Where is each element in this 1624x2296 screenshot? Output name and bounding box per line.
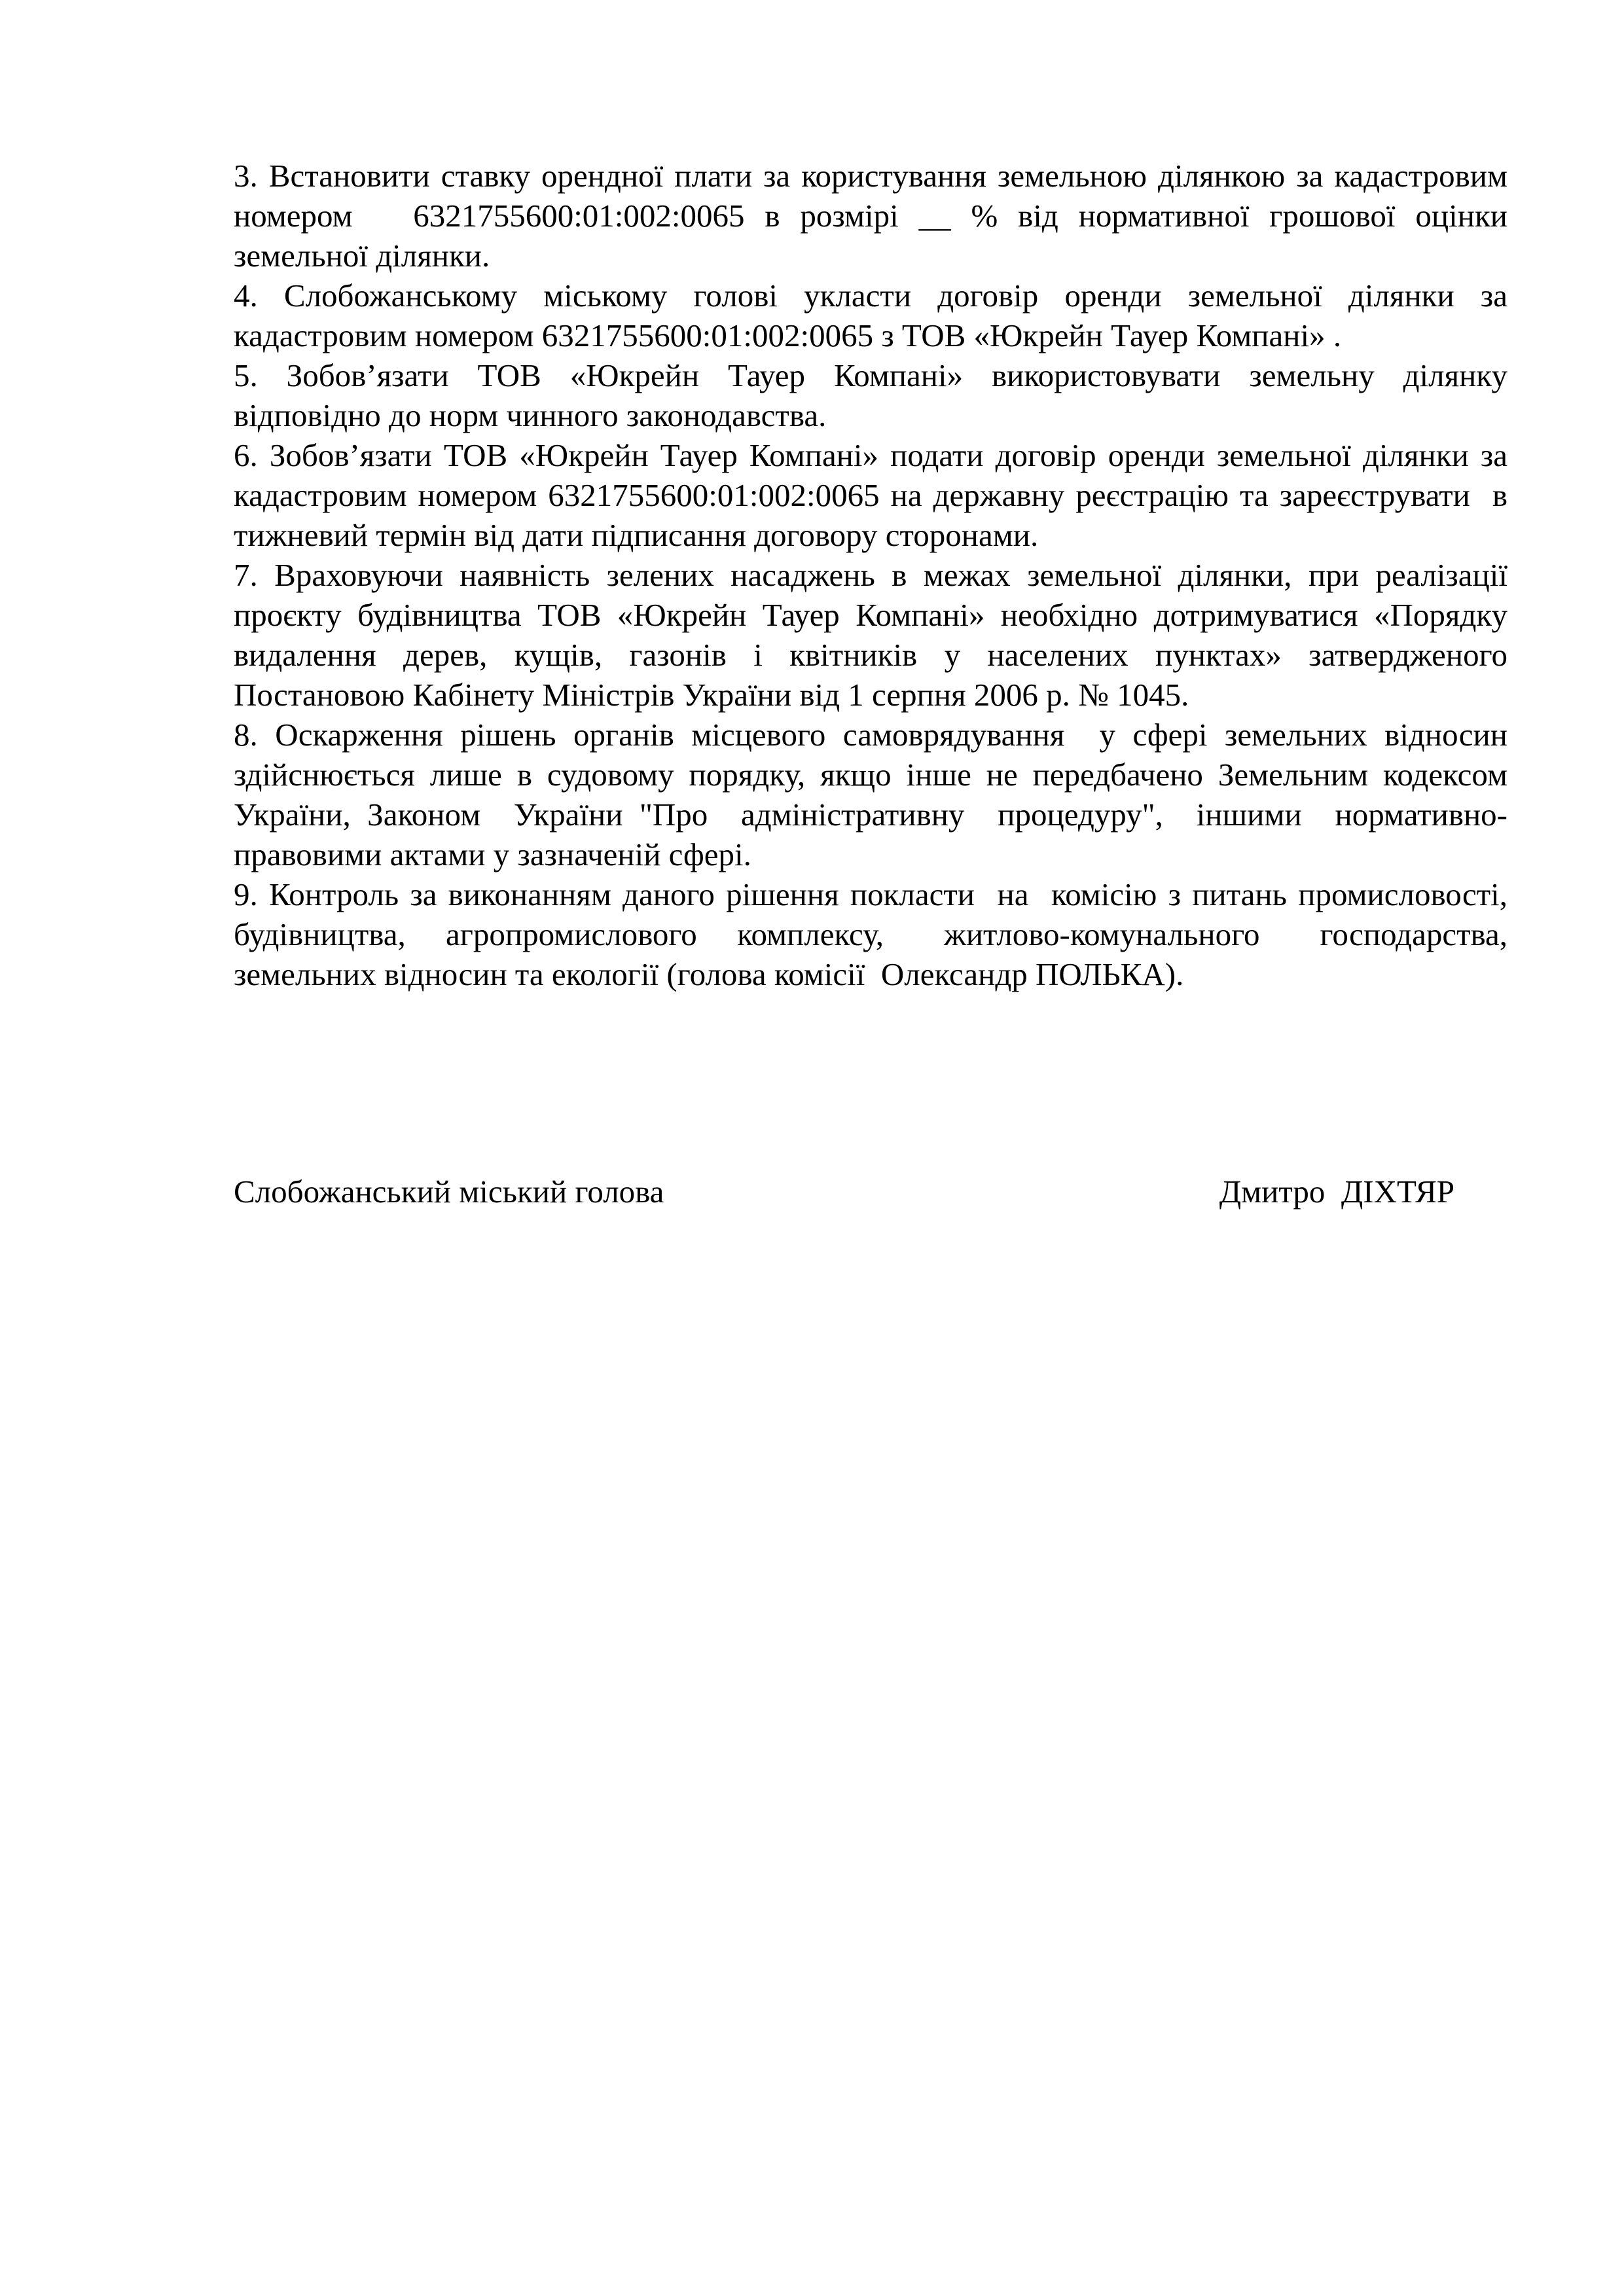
paragraph-line: земельної ділянки. (234, 236, 1507, 276)
paragraph-line: проєкту будівництва ТОВ «Юкрейн Тауер Ко… (234, 595, 1507, 635)
signature-row: Слобожанський міський голова Дмитро ДІХТ… (234, 1172, 1507, 1211)
paragraph: 5. Зобов’язати ТОВ «Юкрейн Тауер Компані… (234, 355, 1507, 435)
signature-name: Дмитро ДІХТЯР (1219, 1172, 1454, 1211)
paragraph-line: номером 6321755600:01:002:0065 в розмірі… (234, 196, 1507, 236)
paragraph-line: 5. Зобов’язати ТОВ «Юкрейн Тауер Компані… (234, 355, 1507, 395)
paragraph-line: кадастровим номером 6321755600:01:002:00… (234, 475, 1507, 515)
paragraph-line: кадастровим номером 6321755600:01:002:00… (234, 315, 1507, 355)
paragraph: 8. Оскарження рішень органів місцевого с… (234, 715, 1507, 874)
signature-title: Слобожанський міський голова (234, 1172, 664, 1211)
paragraph: 3. Встановити ставку орендної плати за к… (234, 156, 1507, 276)
paragraph-line: здійснюється лише в судовому порядку, як… (234, 755, 1507, 795)
paragraph-line: 4. Слобожанському міському голові укласт… (234, 276, 1507, 315)
paragraph-line: правовими актами у зазначеній сфері. (234, 834, 1507, 874)
paragraph-line: Постановою Кабінету Міністрів України ві… (234, 675, 1507, 715)
paragraph-line: відповідно до норм чинного законодавства… (234, 395, 1507, 435)
paragraph-line: 6. Зобов’язати ТОВ «Юкрейн Тауер Компані… (234, 435, 1507, 475)
paragraph: 6. Зобов’язати ТОВ «Юкрейн Тауер Компані… (234, 435, 1507, 555)
paragraph: 4. Слобожанському міському голові укласт… (234, 276, 1507, 355)
paragraph-line: тижневий термін від дати підписання дого… (234, 515, 1507, 555)
document-body: 3. Встановити ставку орендної плати за к… (234, 156, 1507, 1211)
paragraph-line: 8. Оскарження рішень органів місцевого с… (234, 715, 1507, 755)
paragraph-line: земельних відносин та екології (голова к… (234, 954, 1507, 994)
paragraph-line: 7. Враховуючи наявність зелених насаджен… (234, 555, 1507, 595)
paragraph-line: України, Законом України "Про адміністра… (234, 795, 1507, 834)
document-page: 3. Встановити ставку орендної плати за к… (0, 0, 1624, 2296)
paragraph-line: видалення дерев, кущів, газонів і квітни… (234, 635, 1507, 675)
paragraph-line: будівництва, агропромислового комплексу,… (234, 914, 1507, 954)
paragraph-line: 3. Встановити ставку орендної плати за к… (234, 156, 1507, 196)
paragraph: 7. Враховуючи наявність зелених насаджен… (234, 555, 1507, 715)
paragraph: 9. Контроль за виконанням даного рішення… (234, 874, 1507, 994)
paragraph-line: 9. Контроль за виконанням даного рішення… (234, 874, 1507, 914)
